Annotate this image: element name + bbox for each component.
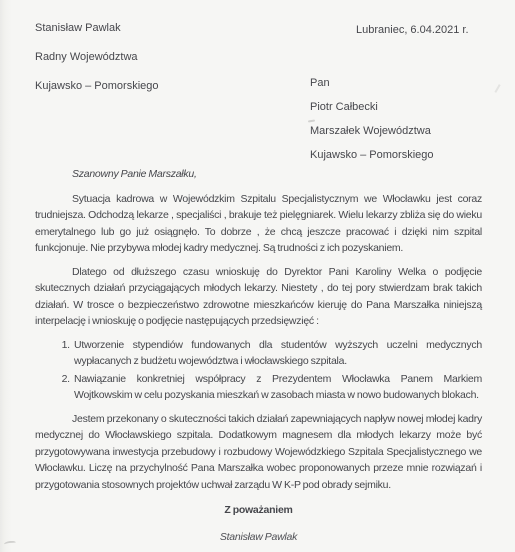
list-item-2: Nawiązanie konkretniej współpracy z Prez…: [72, 371, 482, 404]
paragraph-1: Sytuacja kadrowa w Wojewódzkim Szpitalu …: [35, 191, 482, 257]
letter-body: Szanowny Panie Marszałku, Sytuacja kadro…: [35, 166, 482, 552]
sender-block: Stanisław Pawlak Radny Województwa Kujaw…: [35, 21, 159, 108]
recipient-region: Kujawsko – Pomorskiego: [310, 148, 434, 162]
paragraph-2: Dlatego od dłuższego czasu wnioskuję do …: [35, 264, 482, 330]
dateline: Lubraniec, 6.04.2021 r.: [356, 24, 469, 36]
greeting: Szanowny Panie Marszałku,: [72, 166, 482, 183]
scan-artifact-smudge: [4, 541, 16, 547]
recipient-name: Piotr Całbecki: [310, 100, 434, 114]
list-item-1: Utworzenie stypendiów fundowanych dla st…: [72, 337, 482, 370]
signature-name: Stanisław Pawlak: [35, 529, 482, 546]
recipient-block: Pan Piotr Całbecki Marszałek Województwa…: [310, 76, 434, 172]
scan-artifact-smudge-right: [494, 84, 507, 97]
recipient-label: Pan: [310, 76, 434, 90]
sender-region: Kujawsko – Pomorskiego: [35, 79, 159, 93]
closing-phrase: Z poważaniem: [35, 502, 482, 519]
recipient-title: Marszałek Województwa: [310, 124, 434, 138]
request-list: Utworzenie stypendiów fundowanych dla st…: [35, 337, 482, 404]
paragraph-3: Jestem przekonany o skuteczności takich …: [35, 411, 482, 494]
letter-page: Stanisław Pawlak Radny Województwa Kujaw…: [0, 0, 515, 552]
sender-title: Radny Województwa: [35, 50, 159, 64]
sender-name: Stanisław Pawlak: [35, 21, 159, 35]
